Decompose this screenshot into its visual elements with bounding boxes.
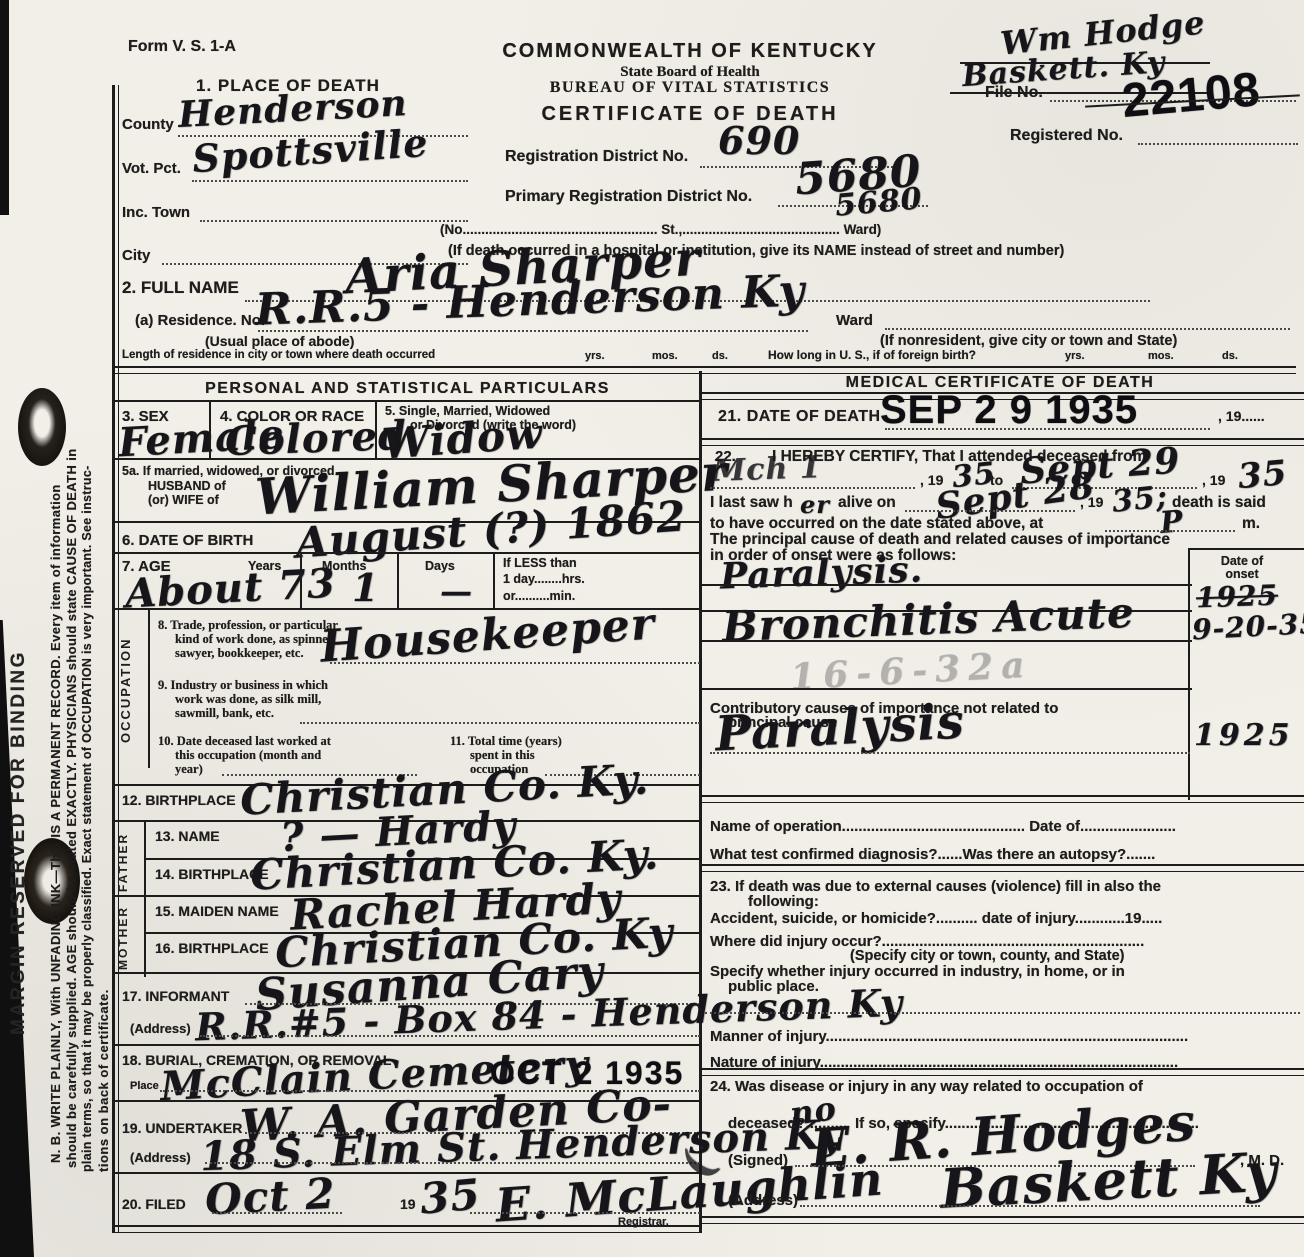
- form-left-border: [112, 85, 115, 1232]
- husband-label-2: HUSBAND of: [148, 479, 226, 493]
- nature-rule: [702, 1068, 1304, 1076]
- mother-name-label: 15. MAIDEN NAME: [155, 903, 279, 919]
- item8-label-3: sawyer, bookkeeper, etc.: [175, 646, 304, 661]
- item9-line: [300, 722, 700, 724]
- reg-district-label: Registration District No.: [505, 148, 688, 166]
- ifless-label-3: or..........min.: [503, 589, 575, 603]
- occurred-m-label: m.: [1242, 515, 1260, 533]
- father-name-label: 13. NAME: [155, 828, 220, 844]
- lastsaw-text-2: alive on: [838, 494, 896, 512]
- scan-edge-top-left: [0, 0, 9, 215]
- dob-label: 6. DATE OF BIRTH: [122, 532, 253, 549]
- length-ds: ds.: [712, 350, 728, 362]
- vot-pct-line: [192, 180, 468, 182]
- margin-binding-text: MARGIN RESERVED FOR BINDING: [8, 650, 30, 1035]
- filed-date-value: Oct 2: [204, 1169, 337, 1225]
- ifless-label-2: 1 day........hrs.: [503, 572, 585, 586]
- margin-note-line3: plain terms, so that it may be properly …: [80, 465, 94, 1172]
- burial-place-label: Place: [130, 1080, 159, 1092]
- filed-label: 20. FILED: [122, 1196, 186, 1212]
- howlong-label: How long in U. S., if of foreign birth?: [768, 348, 976, 362]
- lastsaw-19: , 19: [1080, 494, 1103, 510]
- nonresident-note: (If nonresident, give city or town and S…: [880, 333, 1177, 349]
- date-of-death-19: , 19......: [1218, 408, 1265, 424]
- attended-from-line: [710, 487, 915, 489]
- residence-value: R.R.5 - Henderson Ky: [254, 265, 805, 335]
- specify-city-note: (Specify city or town, county, and State…: [850, 948, 1124, 964]
- residence-label: (a) Residence. No.: [135, 312, 265, 329]
- primary-district-label: Primary Registration District No.: [505, 188, 752, 206]
- mother-vertical-label: MOTHER: [116, 902, 140, 974]
- item10-label-3: year): [175, 762, 203, 777]
- primary-district-value2: 5680: [834, 181, 924, 223]
- item24-text: 24. Was disease or injury in any way rel…: [710, 1078, 1143, 1095]
- physician-addr-line: [800, 1205, 1260, 1207]
- item8-label-1: 8. Trade, profession, or particular: [158, 618, 338, 633]
- filed-year-value: 35: [418, 1169, 482, 1223]
- informant-addr-label: (Address): [130, 1021, 191, 1036]
- undertaker-addr-line: [205, 1162, 700, 1164]
- abode-note: (Usual place of abode): [205, 333, 354, 349]
- length-yrs: yrs.: [585, 350, 605, 362]
- inc-town-label: Inc. Town: [122, 204, 190, 221]
- form-number: Form V. S. 1-A: [128, 38, 236, 56]
- item23-text-2: following:: [748, 893, 819, 910]
- manner-row: Manner of injury........................…: [710, 1028, 1188, 1045]
- causes-bottom-rule: [702, 795, 1304, 803]
- reg-district-value: 690: [718, 118, 800, 163]
- cell-divider-sex-race: [209, 400, 211, 458]
- margin-note-line1: N. B. WRITE PLAINLY, With UNFADING INK—T…: [48, 484, 63, 1163]
- specify-blank-line: [705, 1012, 1300, 1014]
- attended-from-value: Mch 1: [711, 450, 822, 489]
- file-no-stamp: 22108: [1120, 62, 1263, 129]
- operation-row: Name of operation.......................…: [710, 818, 1176, 835]
- father-gutter-line: [144, 820, 146, 902]
- mother-gutter-line: [144, 895, 146, 977]
- birthplace-label: 12. BIRTHPLACE: [122, 792, 236, 808]
- cause3-rule: [702, 688, 1192, 690]
- signed-label: (Signed): [728, 1152, 788, 1169]
- contrib-line: [710, 752, 1190, 754]
- inc-town-line: [200, 220, 468, 222]
- right-bottom-rule: [702, 1216, 1304, 1224]
- test-rule: [702, 864, 1304, 872]
- to-19-label: , 19: [1202, 472, 1225, 488]
- certificate-title: CERTIFICATE OF DEATH: [450, 103, 930, 126]
- row21-rule: [702, 438, 1304, 446]
- age-div2: [397, 552, 399, 608]
- mother-bp-label: 16. BIRTHPLACE: [155, 940, 269, 956]
- header-body-divider: [112, 366, 1296, 374]
- cell-divider-race-marital: [375, 400, 377, 458]
- undertaker-addr-label: (Address): [130, 1150, 191, 1165]
- onset-label-1: Date of: [1192, 554, 1292, 568]
- county-label: County: [122, 116, 174, 133]
- contrib-onset-date: 1925: [1194, 718, 1294, 753]
- ifless-label-1: If LESS than: [503, 556, 577, 570]
- accident-row: Accident, suicide, or homicide?.........…: [710, 910, 1162, 927]
- left-bottom-rule: [112, 1225, 702, 1233]
- death-certificate-scan: MARGIN RESERVED FOR BINDING N. B. WRITE …: [0, 0, 1304, 1257]
- occupation-vertical-label: OCCUPATION: [118, 618, 146, 763]
- ink-blot-upper: [18, 388, 66, 466]
- lastsaw-text-1: I last saw h: [710, 494, 793, 512]
- filed-19-label: 19: [400, 1196, 416, 1212]
- age-months-value: 1: [352, 565, 379, 610]
- row17-rule: [112, 1044, 702, 1046]
- occupation-gutter-line: [148, 608, 150, 768]
- age-days-value: —: [440, 572, 473, 610]
- specify-text-2: public place.: [728, 978, 819, 995]
- city-label: City: [122, 247, 150, 264]
- informant-label: 17. INFORMANT: [122, 988, 229, 1004]
- full-name-label: 2. FULL NAME: [122, 278, 239, 298]
- cause1-rule: [702, 584, 1192, 586]
- test-row: What test confirmed diagnosis?......Was …: [710, 846, 1155, 863]
- date-of-death-line: [885, 428, 1210, 430]
- age-div3: [493, 552, 495, 608]
- age-days-label: Days: [425, 559, 455, 573]
- row6-rule: [112, 552, 702, 554]
- length-mos: mos.: [652, 350, 678, 362]
- howlong-yrs: yrs.: [1065, 350, 1085, 362]
- father-vertical-label: FATHER: [116, 826, 140, 898]
- item9-label-2: work was done, as silk mill,: [175, 692, 321, 707]
- howlong-ds: ds.: [1222, 350, 1238, 362]
- cause2-onset-date: 9-20-35: [1191, 607, 1304, 647]
- item10-label-1: 10. Date deceased last worked at: [158, 734, 331, 749]
- registered-no-line: [1138, 143, 1298, 145]
- item9-label-3: sawmill, bank, etc.: [175, 706, 274, 721]
- personal-title: PERSONAL AND STATISTICAL PARTICULARS: [115, 380, 700, 398]
- lastsaw-line: [905, 510, 1075, 512]
- item11-label-1: 11. Total time (years): [450, 734, 562, 749]
- to-year-value: 35: [1236, 453, 1289, 497]
- date-of-death-label: 21. DATE OF DEATH: [718, 408, 881, 426]
- item9-label-1: 9. Industry or business in which: [158, 678, 328, 693]
- date-of-death-stamp: SEP 2 9 1935: [880, 388, 1138, 433]
- item8-line: [330, 662, 700, 664]
- personal-title-rule: [112, 400, 702, 402]
- vot-pct-label: Vot. Pct.: [122, 160, 181, 177]
- cause3-faint-value: 16-6-32a: [789, 644, 1033, 699]
- husband-label-3: (or) WIFE of: [148, 493, 219, 507]
- cause2-rule: [702, 640, 1192, 642]
- lastsaw-text-3: death is said: [1172, 494, 1266, 512]
- physician-addr-label: (Address): [728, 1192, 798, 1209]
- bureau-subtitle: BUREAU OF VITAL STATISTICS: [450, 79, 930, 97]
- age-div1: [300, 552, 302, 608]
- margin-note-line4: tions on back of certificate.: [96, 989, 111, 1172]
- item8-label-2: kind of work done, as spinner,: [175, 632, 335, 647]
- ward-label: Ward: [836, 312, 873, 329]
- item10-label-2: this occupation (month and: [175, 748, 321, 763]
- margin-note-line2: should be carefully supplied. AGE should…: [64, 448, 79, 1168]
- commonwealth-title: COMMONWEALTH OF KENTUCKY: [450, 40, 930, 63]
- length-residence-label: Length of residence in city or town wher…: [122, 349, 435, 361]
- cause1-value: Paralysis.: [719, 548, 923, 597]
- registered-no-label: Registered No.: [1010, 127, 1123, 145]
- file-no-label: File No.: [985, 84, 1043, 102]
- residence-line: [258, 330, 808, 332]
- filed-line1: [212, 1212, 342, 1214]
- informant-addr-line: [200, 1035, 700, 1037]
- filed-line2: [470, 1212, 700, 1214]
- cause2-value: Bronchitis Acute: [721, 588, 1135, 651]
- howlong-mos: mos.: [1148, 350, 1174, 362]
- ward-line: [885, 328, 1290, 330]
